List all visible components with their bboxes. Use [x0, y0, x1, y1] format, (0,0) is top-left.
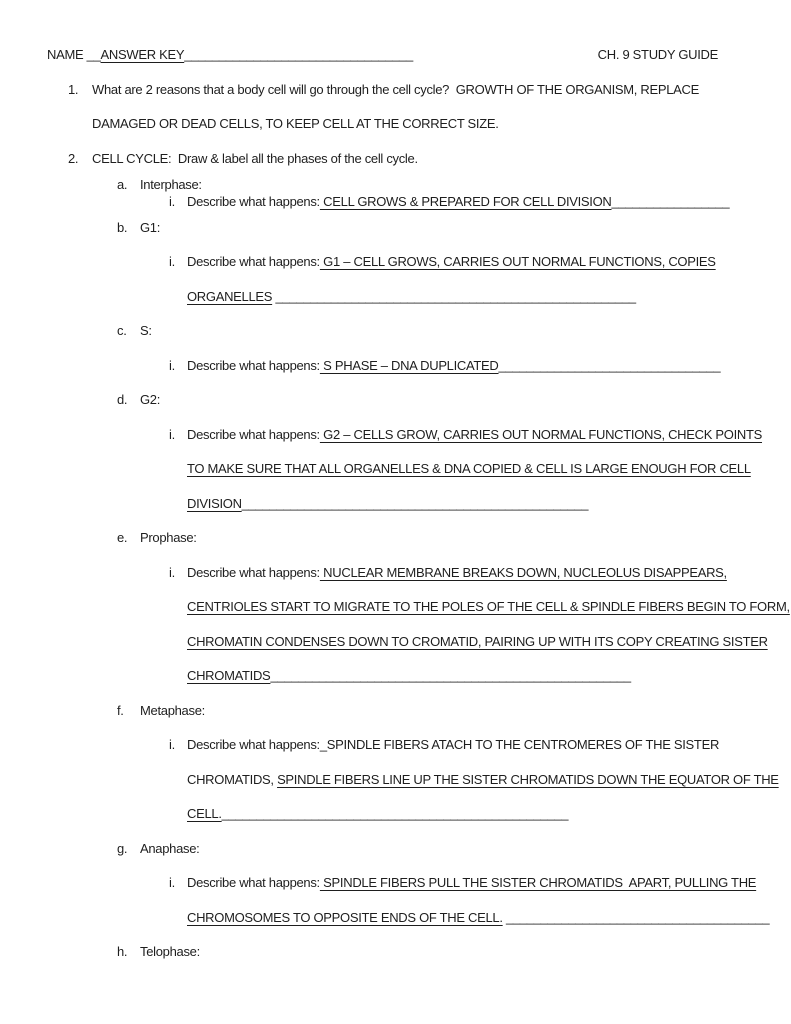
blank-line: ________________________________________…	[242, 496, 589, 511]
roman-numeral: i.	[169, 866, 187, 901]
question-2-number: 2.	[68, 142, 92, 177]
answer-text: CHROMOSOMES TO OPPOSITE ENDS OF THE CELL…	[187, 910, 503, 925]
document-title: CH. 9 STUDY GUIDE	[598, 38, 718, 73]
answer-text: CELL.	[187, 806, 222, 821]
describe-label: Describe what happens:	[187, 194, 320, 209]
answer-text: CHROMATIDS	[187, 668, 270, 683]
phase-letter: e.	[117, 521, 140, 556]
blank-line: ________________________________________…	[272, 289, 636, 304]
phase-letter: g.	[117, 832, 140, 867]
phase-item-telophase: h.Telophase:	[0, 935, 791, 970]
blank-line: ________________________________________…	[270, 668, 630, 683]
question-1-text: What are 2 reasons that a body cell will…	[92, 82, 699, 97]
answer-text: CENTRIOLES START TO MIGRATE TO THE POLES…	[187, 599, 790, 614]
answer-text: SPINDLE FIBERS LINE UP THE SISTER CHROMA…	[277, 772, 779, 787]
blank-line: ________________________________________…	[222, 806, 569, 821]
answer-text: S PHASE – DNA DUPLICATED	[320, 358, 499, 373]
phase-item-g2: d.G2:	[0, 383, 791, 418]
answer-line: i.Describe what happens: SPINDLE FIBERS …	[0, 866, 791, 901]
answer-line: i.Describe what happens: CELL GROWS & PR…	[0, 193, 791, 210]
phase-item-s: c.S:	[0, 314, 791, 349]
describe-label: Describe what happens:	[187, 427, 320, 442]
name-blank-line: _________________________________	[184, 47, 413, 62]
answer-line: i.Describe what happens: S PHASE – DNA D…	[0, 349, 791, 384]
phase-label: Interphase:	[140, 177, 202, 192]
answer-line: CHROMATIDS, SPINDLE FIBERS LINE UP THE S…	[0, 763, 791, 798]
question-1-answer-continued: DAMAGED OR DEAD CELLS, TO KEEP CELL AT T…	[92, 116, 499, 131]
name-answer-value: ANSWER KEY	[101, 47, 185, 62]
page-header: NAME __ANSWER KEY_______________________…	[0, 38, 791, 73]
roman-numeral: i.	[169, 193, 187, 210]
question-1-line-1: 1.What are 2 reasons that a body cell wi…	[0, 73, 791, 108]
question-2-text: CELL CYCLE: Draw & label all the phases …	[92, 151, 418, 166]
answer-line: CHROMATIDS______________________________…	[0, 659, 791, 694]
phase-label: S:	[140, 323, 152, 338]
question-1-number: 1.	[68, 73, 92, 108]
describe-label: Describe what happens:	[187, 565, 320, 580]
blank-line: ________________________________	[499, 358, 721, 373]
describe-label: Describe what happens:	[187, 875, 320, 890]
question-1-line-2: DAMAGED OR DEAD CELLS, TO KEEP CELL AT T…	[0, 107, 791, 142]
phase-item-prophase: e.Prophase:	[0, 521, 791, 556]
answer-text: G1 – CELL GROWS, CARRIES OUT NORMAL FUNC…	[320, 254, 716, 269]
answer-text: ORGANELLES	[187, 289, 272, 304]
answer-line: ORGANELLES _____________________________…	[0, 280, 791, 315]
answer-text: DIVISION	[187, 496, 242, 511]
answer-text: NUCLEAR MEMBRANE BREAKS DOWN, NUCLEOLUS …	[320, 565, 727, 580]
roman-numeral: i.	[169, 245, 187, 280]
answer-text: CHROMATIN CONDENSES DOWN TO CROMATID, PA…	[187, 634, 768, 649]
answer-line: i.Describe what happens: NUCLEAR MEMBRAN…	[0, 556, 791, 591]
phase-item-g1: b.G1:	[0, 211, 791, 246]
phase-letter: f.	[117, 694, 140, 729]
phase-label: G2:	[140, 392, 160, 407]
phase-letter: a.	[117, 176, 140, 193]
study-guide-page: NAME __ANSWER KEY_______________________…	[0, 0, 791, 1024]
answer-text: TO MAKE SURE THAT ALL ORGANELLES & DNA C…	[187, 461, 751, 476]
phase-label: G1:	[140, 220, 160, 235]
describe-label: Describe what happens:_SPINDLE FIBERS AT…	[187, 737, 719, 752]
phase-item-anaphase: g.Anaphase:	[0, 832, 791, 867]
answer-line: TO MAKE SURE THAT ALL ORGANELLES & DNA C…	[0, 452, 791, 487]
name-blank-prefix: __	[83, 47, 100, 62]
answer-line: i.Describe what happens:_SPINDLE FIBERS …	[0, 728, 791, 763]
phase-label: Metaphase:	[140, 703, 205, 718]
roman-numeral: i.	[169, 728, 187, 763]
phase-letter: h.	[117, 935, 140, 970]
phase-label: Prophase:	[140, 530, 197, 545]
phase-letter: d.	[117, 383, 140, 418]
roman-numeral: i.	[169, 556, 187, 591]
answer-text: G2 – CELLS GROW, CARRIES OUT NORMAL FUNC…	[320, 427, 762, 442]
describe-label: Describe what happens:	[187, 358, 320, 373]
roman-numeral: i.	[169, 349, 187, 384]
answer-text: CELL GROWS & PREPARED FOR CELL DIVISION	[320, 194, 612, 209]
answer-line: CHROMATIN CONDENSES DOWN TO CROMATID, PA…	[0, 625, 791, 660]
phase-label: Anaphase:	[140, 841, 199, 856]
answer-text: SPINDLE FIBERS PULL THE SISTER CHROMATID…	[320, 875, 756, 890]
name-field: NAME __ANSWER KEY_______________________…	[47, 38, 413, 73]
describe-label: Describe what happens:	[187, 254, 320, 269]
name-label: NAME	[47, 47, 83, 62]
describe-label: CHROMATIDS,	[187, 772, 277, 787]
answer-line: CELL.___________________________________…	[0, 797, 791, 832]
phase-letter: b.	[117, 211, 140, 246]
phase-item-interphase: a.Interphase:	[0, 176, 791, 193]
blank-line: ______________________________________	[503, 910, 770, 925]
phase-item-metaphase: f.Metaphase:	[0, 694, 791, 729]
phase-label: Telophase:	[140, 944, 200, 959]
blank-line: _________________	[612, 194, 730, 209]
roman-numeral: i.	[169, 418, 187, 453]
answer-line: CENTRIOLES START TO MIGRATE TO THE POLES…	[0, 590, 791, 625]
question-2-line: 2.CELL CYCLE: Draw & label all the phase…	[0, 142, 791, 177]
phase-letter: c.	[117, 314, 140, 349]
answer-line: i.Describe what happens: G2 – CELLS GROW…	[0, 418, 791, 453]
answer-line: DIVISION________________________________…	[0, 487, 791, 522]
answer-line: i.Describe what happens: G1 – CELL GROWS…	[0, 245, 791, 280]
answer-line: CHROMOSOMES TO OPPOSITE ENDS OF THE CELL…	[0, 901, 791, 936]
